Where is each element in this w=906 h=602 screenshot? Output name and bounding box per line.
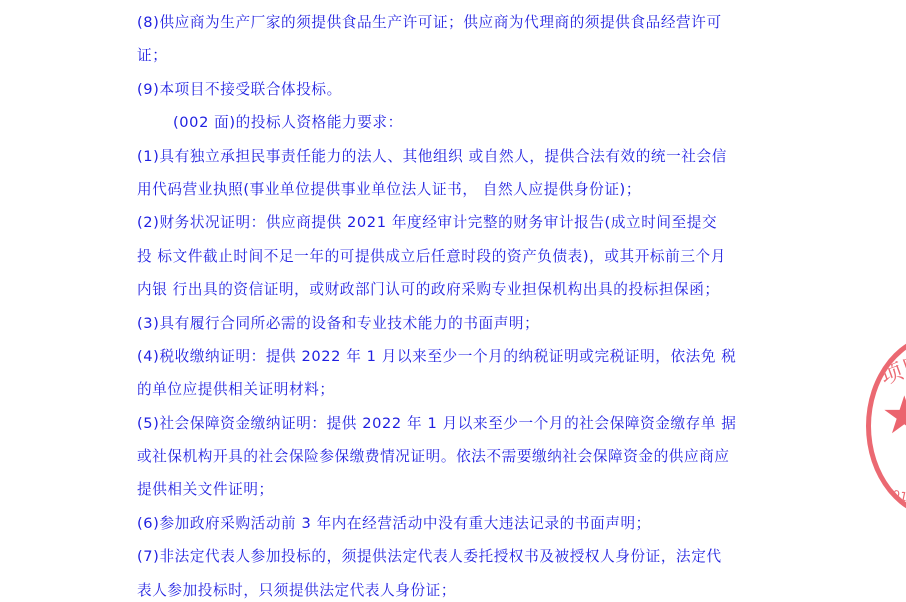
text-line-item-6: (6)参加政府采购活动前 3 年内在经营活动中没有重大违法记录的书面声明； [137, 507, 777, 540]
official-seal-stamp: 项目管 ★ 01010 [866, 333, 906, 519]
seal-text: 项目管 [876, 340, 906, 392]
text-line-item-9: (9)本项目不接受联合体投标。 [137, 73, 777, 106]
text-line-item-3: (3)具有履行合同所必需的设备和专业技术能力的书面声明； [137, 307, 777, 340]
text-line-item-1: (1)具有独立承担民事责任能力的法人、其他组织 或自然人，提供合法有效的统一社会… [137, 140, 777, 173]
text-line-item-2-cont-1: 投 标文件截止时间不足一年的可提供成立后任意时段的资产负债表)，或其开标前三个月 [137, 240, 777, 273]
text-line-item-4-cont: 的单位应提供相关证明材料； [137, 373, 777, 406]
text-line-item-8: (8)供应商为生产厂家的须提供食品生产许可证；供应商为代理商的须提供食品经营许可 [137, 6, 777, 39]
seal-code: 01010 [876, 484, 906, 506]
section-heading-qualifications: (002 面)的投标人资格能力要求： [137, 106, 777, 139]
document-body: (8)供应商为生产厂家的须提供食品生产许可证；供应商为代理商的须提供食品经营许可… [137, 6, 777, 602]
star-icon: ★ [881, 390, 906, 442]
text-line-item-2: (2)财务状况证明：供应商提供 2021 年度经审计完整的财务审计报告(成立时间… [137, 206, 777, 239]
text-line-item-7-cont: 表人参加投标时，只须提供法定代表人身份证； [137, 574, 777, 602]
text-line-item-1-cont: 用代码营业执照(事业单位提供事业单位法人证书， 自然人应提供身份证)； [137, 173, 777, 206]
text-line-item-5-cont-1: 或社保机构开具的社会保险参保缴费情况证明。依法不需要缴纳社会保障资金的供应商应 [137, 440, 777, 473]
text-line-item-5: (5)社会保障资金缴纳证明：提供 2022 年 1 月以来至少一个月的社会保障资… [137, 407, 777, 440]
text-line-item-5-cont-2: 提供相关文件证明； [137, 473, 777, 506]
text-line-item-7: (7)非法定代表人参加投标的，须提供法定代表人委托授权书及被授权人身份证，法定代 [137, 540, 777, 573]
text-line-item-4: (4)税收缴纳证明：提供 2022 年 1 月以来至少一个月的纳税证明或完税证明… [137, 340, 777, 373]
text-line-item-2-cont-2: 内银 行出具的资信证明，或财政部门认可的政府采购专业担保机构出具的投标担保函； [137, 273, 777, 306]
text-line-item-8-cont: 证； [137, 39, 777, 72]
